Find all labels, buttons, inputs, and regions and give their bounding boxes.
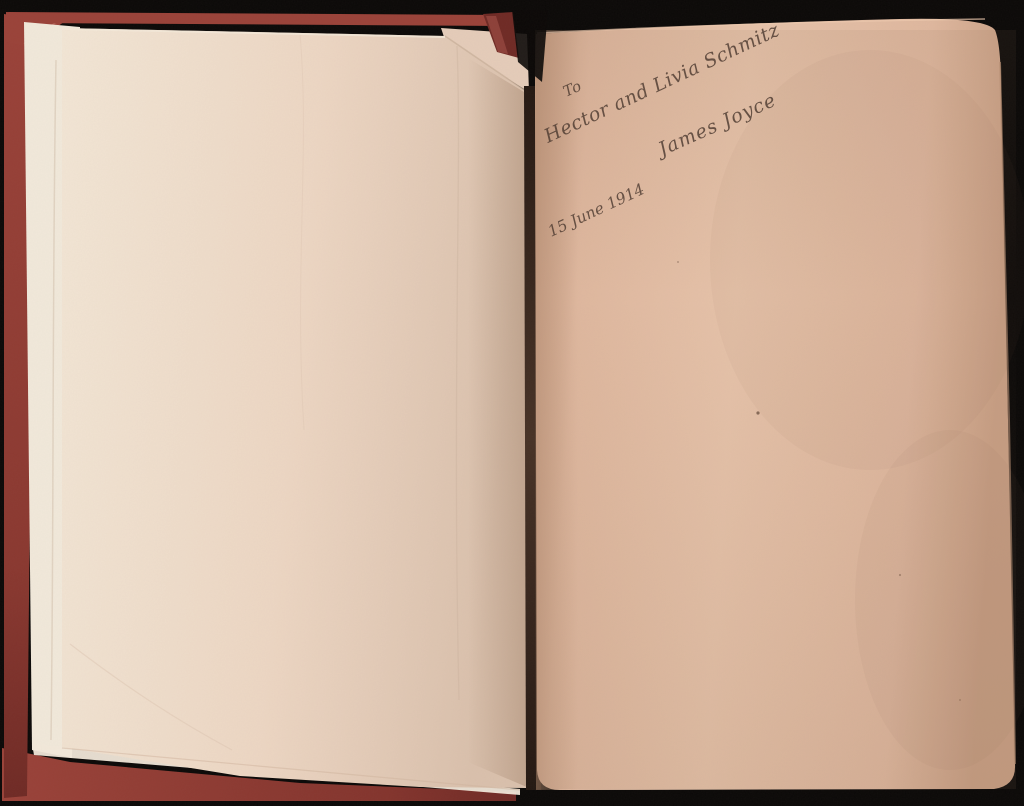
- book-photograph: To Hector and Livia Schmitz James Joyce …: [0, 0, 1024, 806]
- book-photo-canvas: To Hector and Livia Schmitz James Joyce …: [0, 0, 1024, 806]
- paper-grain-texture: [0, 0, 1024, 806]
